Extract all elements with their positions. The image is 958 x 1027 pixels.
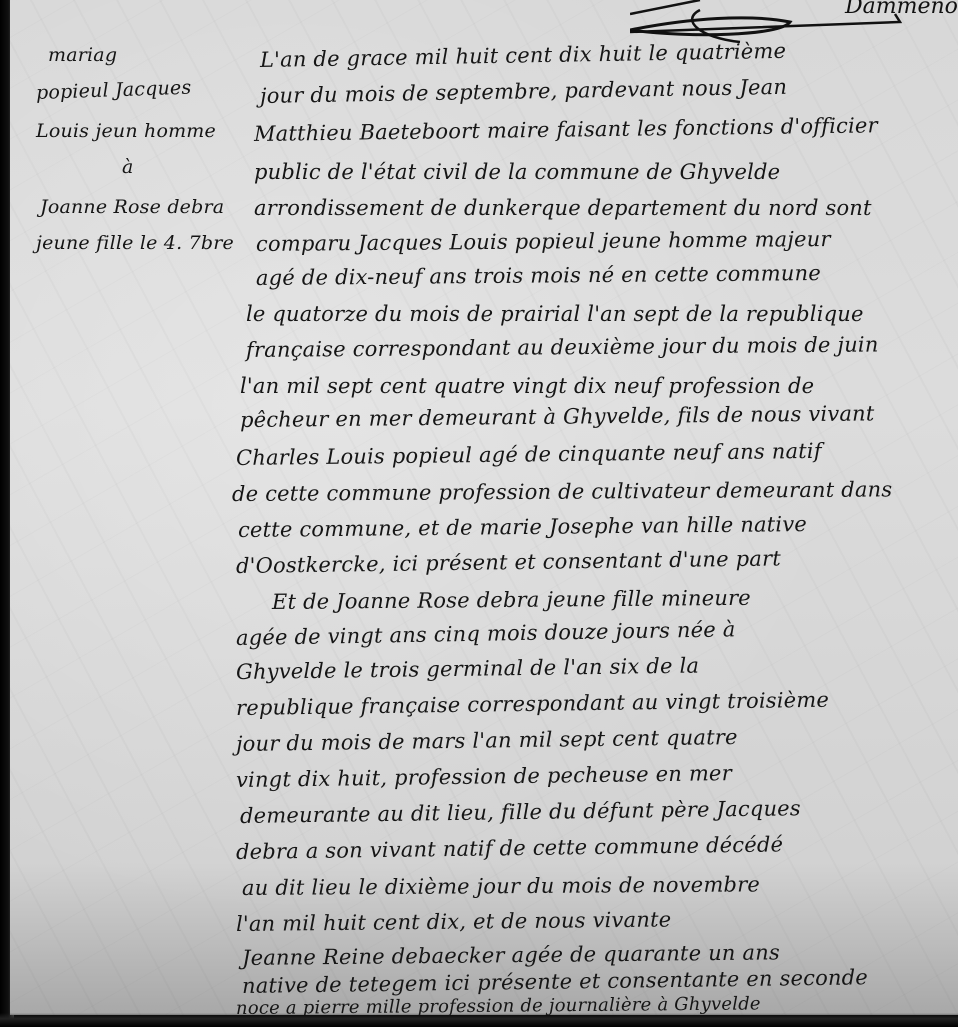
body-line: demeurante au dit lieu, fille du défunt … [240,796,801,828]
margin-note-line: mariag [48,44,117,66]
body-line: pêcheur en mer demeurant à Ghyvelde, fil… [240,401,875,432]
margin-note-line: jeune fille le 4. 7bre [36,232,234,254]
margin-note-line: popieul Jacques [36,77,192,104]
body-line: Charles Louis popieul agé de cinquante n… [236,439,822,470]
body-line: native de tetegem ici présente et consen… [242,965,868,998]
margin-note-line: à [122,156,134,178]
body-line: public de l'état civil de la commune de … [254,160,780,184]
body-line: cette commune, et de marie Josephe van h… [238,512,807,542]
body-line: française correspondant au deuxième jour… [246,332,879,362]
body-line: l'an mil huit cent dix, et de nous vivan… [236,907,672,936]
body-line: arrondissement de dunkerque departement … [254,196,872,220]
body-line: noce a pierre mille profession de journa… [236,993,761,1015]
body-line: comparu Jacques Louis popieul jeune homm… [256,227,831,256]
body-line: d'Oostkercke, ici présent et consentant … [236,546,781,578]
body-line: republique française correspondant au vi… [236,688,829,720]
body-line: Ghyvelde le trois germinal de l'an six d… [236,654,699,684]
body-line: L'an de grace mil huit cent dix huit le … [260,39,787,72]
body-line: de cette commune profession de cultivate… [232,477,892,506]
margin-note-line: Joanne Rose debra [40,196,224,218]
margin-note-line: Louis jeun homme [36,120,216,142]
page-bottom-shadow [0,1013,958,1027]
body-line: Matthieu Baeteboort maire faisant les fo… [254,113,878,146]
body-line: agée de vingt ans cinq mois douze jours … [236,617,736,650]
body-line: le quatorze du mois de prairial l'an sep… [246,302,864,326]
body-line: vingt dix huit, profession de pecheuse e… [236,761,732,792]
register-page: Dammenot mariag popieul Jacques Louis je… [10,0,958,1015]
body-line: debra a son vivant natif de cette commun… [236,832,784,864]
body-line: jour du mois de septembre, pardevant nou… [260,75,787,108]
body-line: Et de Joanne Rose debra jeune fille mine… [272,586,751,614]
body-line: l'an mil sept cent quatre vingt dix neuf… [240,374,814,398]
body-line: Jeanne Reine debaecker agée de quarante … [242,940,780,970]
body-line: jour du mois de mars l'an mil sept cent … [236,725,738,756]
body-line: au dit lieu le dixième jour du mois de n… [242,872,760,900]
signature-name: Dammenot [845,0,958,19]
body-line: agé de dix-neuf ans trois mois né en cet… [256,261,821,290]
